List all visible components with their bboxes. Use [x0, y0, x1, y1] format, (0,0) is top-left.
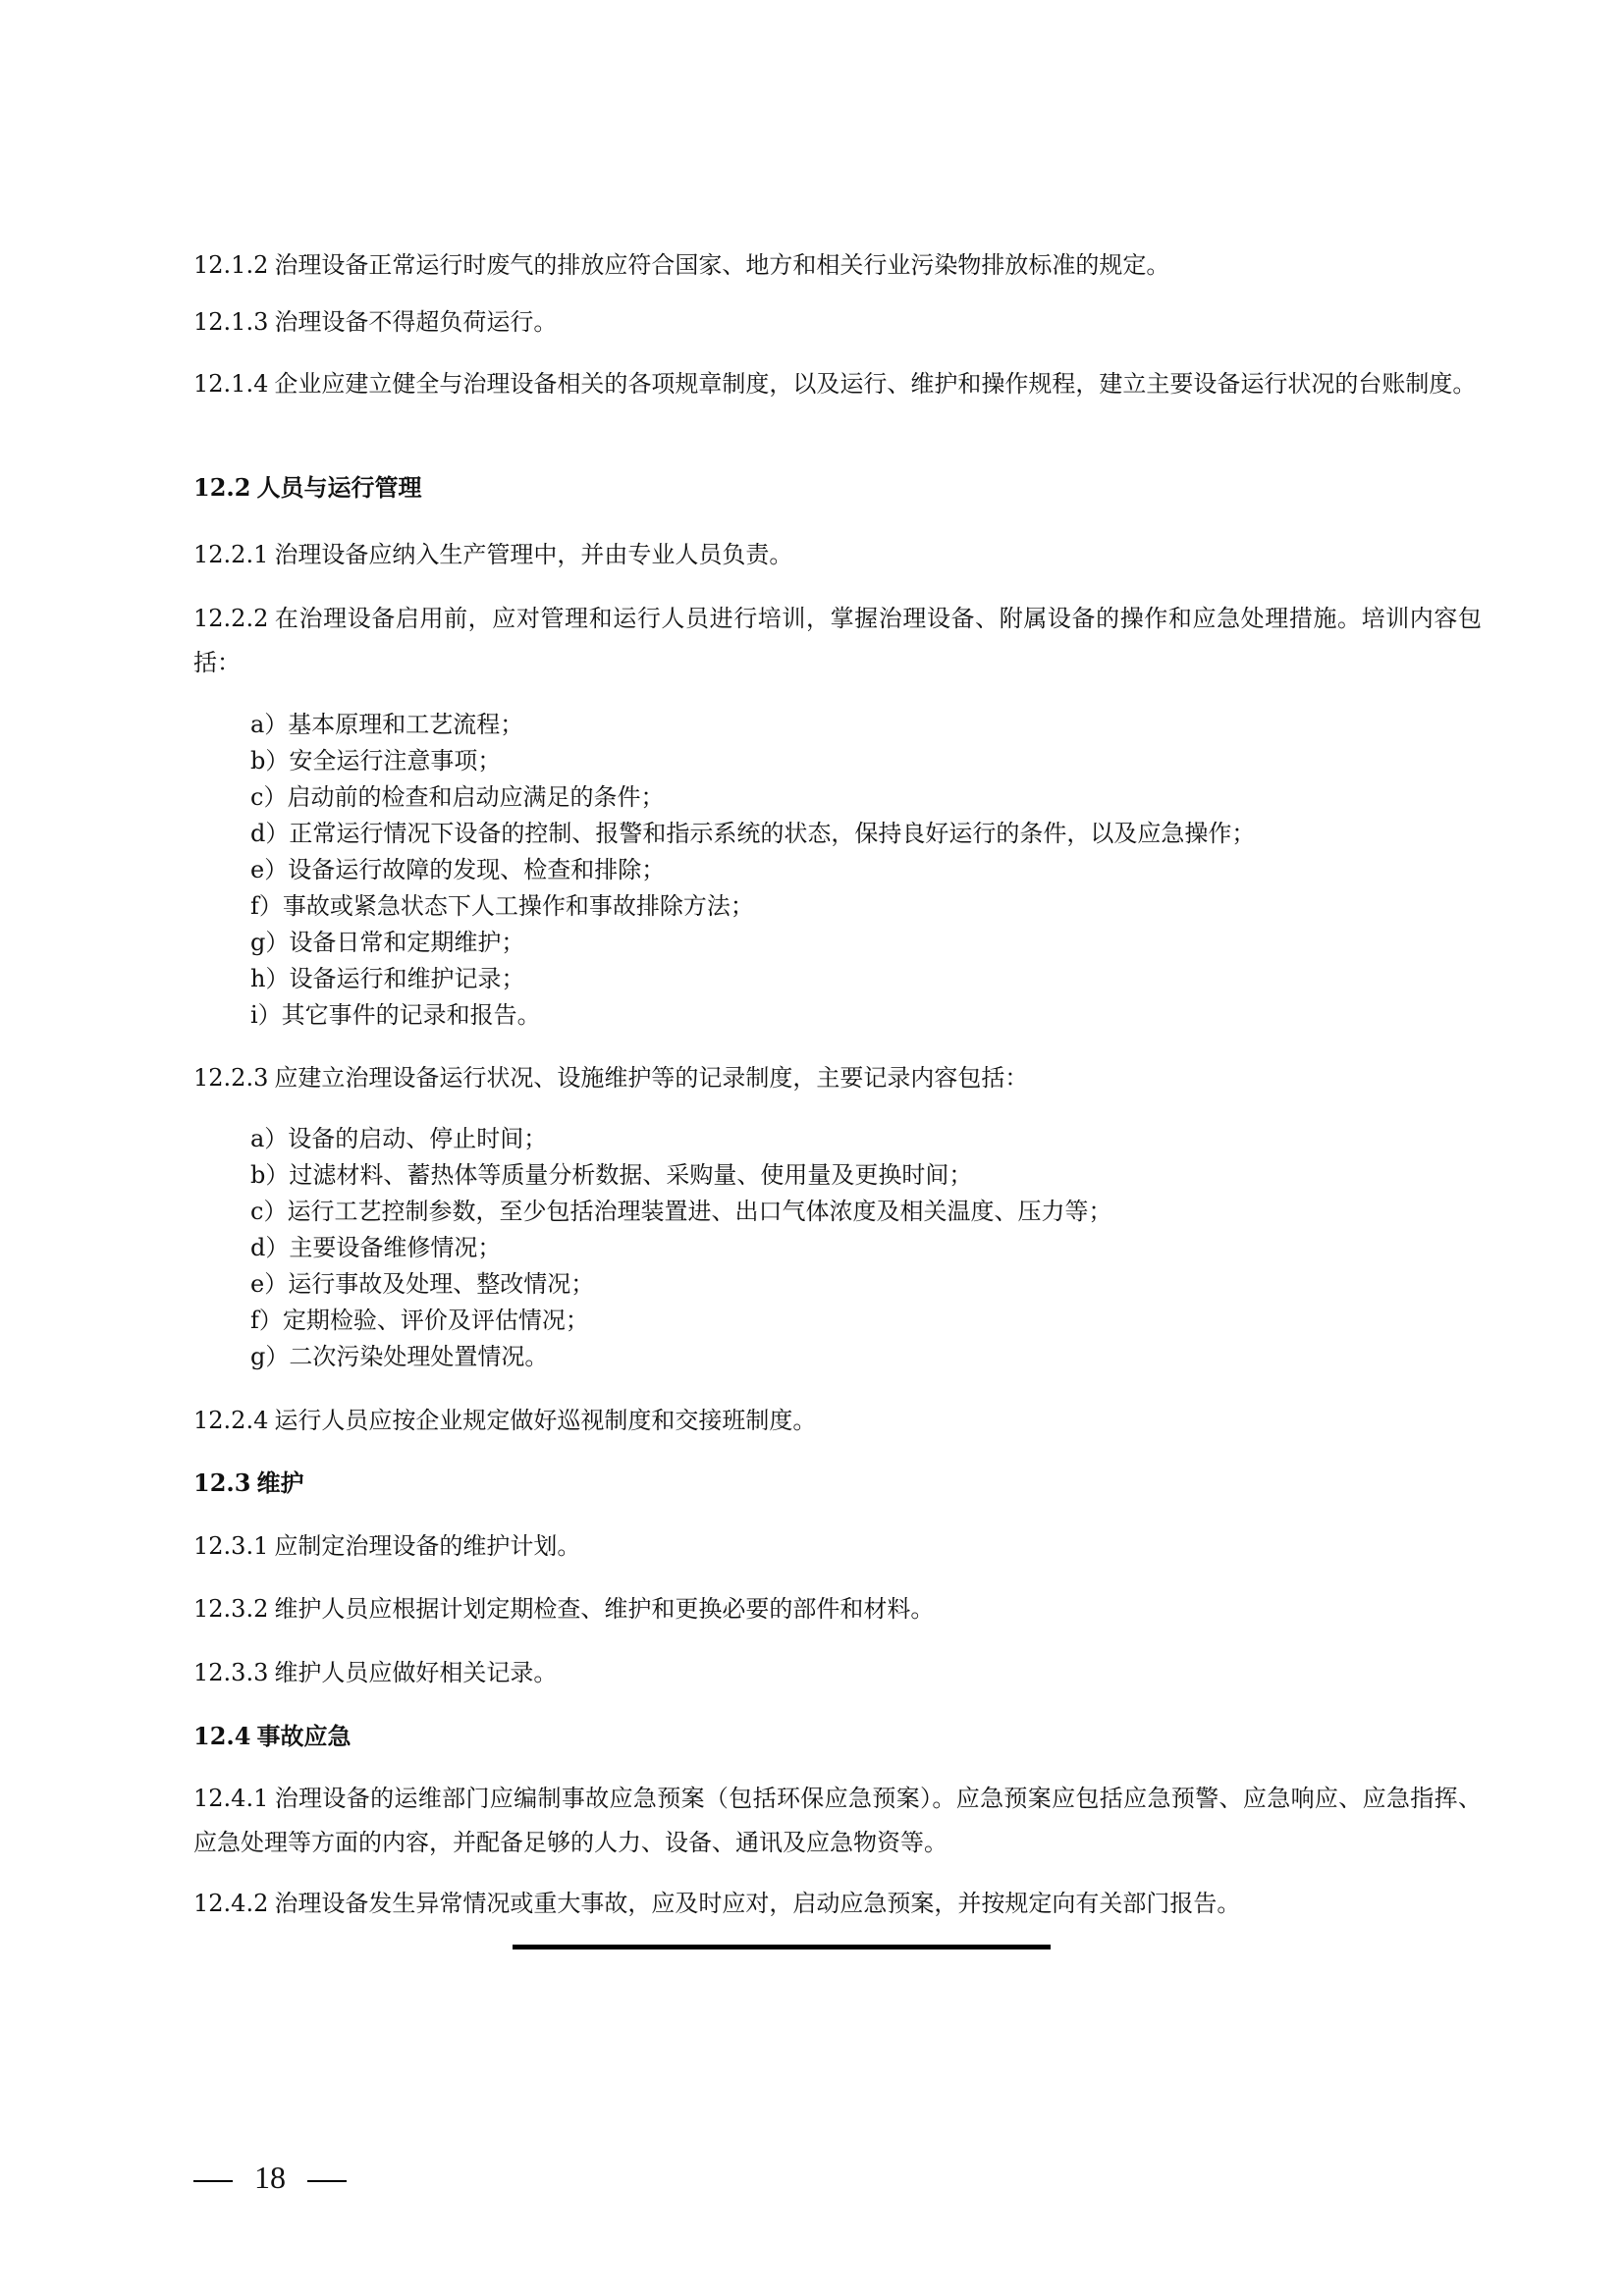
list-item: b）过滤材料、蓄热体等质量分析数据、采购量、使用量及更换时间；: [250, 1160, 972, 1190]
clause-number: 12.4.1: [193, 1785, 268, 1812]
clause-12-2-2: 12.2.2在治理设备启用前，应对管理和运行人员进行培训，掌握治理设备、附属设备…: [193, 597, 1482, 685]
clause-number: 12.1.4: [193, 370, 268, 398]
clause-text: 应制定治理设备的维护计划。: [274, 1532, 580, 1560]
clause-number: 12.3.3: [193, 1659, 268, 1686]
clause-number: 12.1.3: [193, 308, 268, 336]
clause-12-1-2: 12.1.2治理设备正常运行时废气的排放应符合国家、地方和相关行业污染物排放标准…: [193, 250, 1169, 280]
heading-text: 事故应急: [256, 1722, 351, 1750]
clause-text: 在治理设备启用前，应对管理和运行人员进行培训，掌握治理设备、附属设备的操作和应急…: [193, 605, 1482, 676]
dash-left: [193, 2180, 233, 2182]
clause-number: 12.3.1: [193, 1532, 268, 1560]
clause-number: 12.2.4: [193, 1407, 268, 1434]
clause-text: 应建立治理设备运行状况、设施维护等的记录制度，主要记录内容包括：: [274, 1064, 1028, 1092]
clause-12-3-3: 12.3.3维护人员应做好相关记录。: [193, 1658, 557, 1687]
list-item: e）运行事故及处理、整改情况；: [250, 1269, 594, 1299]
list-item: e）设备运行故障的发现、检查和排除；: [250, 855, 665, 884]
list-item: d）正常运行情况下设备的控制、报警和指示系统的状态，保持良好运行的条件，以及应急…: [250, 819, 1255, 848]
list-item: c）启动前的检查和启动应满足的条件；: [250, 782, 664, 812]
clause-number: 12.4.2: [193, 1890, 268, 1917]
clause-text: 维护人员应做好相关记录。: [274, 1659, 557, 1686]
clause-text: 治理设备正常运行时废气的排放应符合国家、地方和相关行业污染物排放标准的规定。: [274, 251, 1169, 279]
clause-number: 12.3.2: [193, 1595, 268, 1623]
list-item: g）二次污染处理处置情况。: [250, 1342, 548, 1371]
clause-12-4-1: 12.4.1治理设备的运维部门应编制事故应急预案（包括环保应急预案）。应急预案应…: [193, 1777, 1482, 1865]
list-item: c）运行工艺控制参数，至少包括治理装置进、出口气体浓度及相关温度、压力等；: [250, 1197, 1111, 1226]
heading-12-3: 12.3维护: [193, 1468, 303, 1498]
clause-text: 运行人员应按企业规定做好巡视制度和交接班制度。: [274, 1407, 816, 1434]
heading-number: 12.3: [193, 1468, 250, 1497]
clause-text: 企业应建立健全与治理设备相关的各项规章制度，以及运行、维护和操作规程，建立主要设…: [274, 370, 1476, 398]
page-number: 18: [254, 2160, 286, 2195]
clause-text: 治理设备的运维部门应编制事故应急预案（包括环保应急预案）。应急预案应包括应急预警…: [193, 1785, 1482, 1856]
list-item: i）其它事件的记录和报告。: [250, 1000, 541, 1030]
list-item: b）安全运行注意事项；: [250, 746, 501, 775]
clause-12-4-2: 12.4.2治理设备发生异常情况或重大事故，应及时应对，启动应急预案，并按规定向…: [193, 1889, 1240, 1918]
clause-12-1-3: 12.1.3治理设备不得超负荷运行。: [193, 307, 557, 337]
heading-number: 12.4: [193, 1722, 250, 1750]
list-item: f）事故或紧急状态下人工操作和事故排除方法；: [250, 891, 754, 921]
clause-12-3-1: 12.3.1应制定治理设备的维护计划。: [193, 1531, 580, 1561]
page-number-footer: 18: [193, 2160, 368, 2196]
list-item: d）主要设备维修情况；: [250, 1233, 501, 1262]
clause-12-2-1: 12.2.1治理设备应纳入生产管理中，并由专业人员负责。: [193, 540, 792, 569]
clause-text: 治理设备不得超负荷运行。: [274, 308, 557, 336]
clause-12-3-2: 12.3.2维护人员应根据计划定期检查、维护和更换必要的部件和材料。: [193, 1594, 934, 1624]
clause-number: 12.1.2: [193, 251, 268, 279]
heading-12-4: 12.4事故应急: [193, 1722, 351, 1751]
end-rule: [513, 1945, 1051, 1949]
list-item: g）设备日常和定期维护；: [250, 928, 524, 957]
dash-right: [307, 2180, 347, 2182]
clause-number: 12.2.1: [193, 541, 268, 568]
heading-number: 12.2: [193, 473, 250, 502]
clause-number: 12.2.3: [193, 1064, 268, 1092]
clause-text: 治理设备应纳入生产管理中，并由专业人员负责。: [274, 541, 792, 568]
list-item: a）基本原理和工艺流程；: [250, 710, 523, 739]
clause-text: 治理设备发生异常情况或重大事故，应及时应对，启动应急预案，并按规定向有关部门报告…: [274, 1890, 1240, 1917]
list-item: a）设备的启动、停止时间；: [250, 1124, 547, 1153]
clause-12-2-3: 12.2.3应建立治理设备运行状况、设施维护等的记录制度，主要记录内容包括：: [193, 1063, 1028, 1093]
clause-12-2-4: 12.2.4运行人员应按企业规定做好巡视制度和交接班制度。: [193, 1406, 816, 1435]
clause-12-1-4: 12.1.4企业应建立健全与治理设备相关的各项规章制度，以及运行、维护和操作规程…: [193, 362, 1482, 406]
heading-text: 维护: [256, 1468, 303, 1497]
clause-text: 维护人员应根据计划定期检查、维护和更换必要的部件和材料。: [274, 1595, 934, 1623]
heading-12-2: 12.2人员与运行管理: [193, 473, 421, 503]
heading-text: 人员与运行管理: [256, 473, 421, 502]
list-item: f）定期检验、评价及评估情况；: [250, 1306, 589, 1335]
list-item: h）设备运行和维护记录；: [250, 964, 524, 993]
clause-number: 12.2.2: [193, 605, 268, 632]
